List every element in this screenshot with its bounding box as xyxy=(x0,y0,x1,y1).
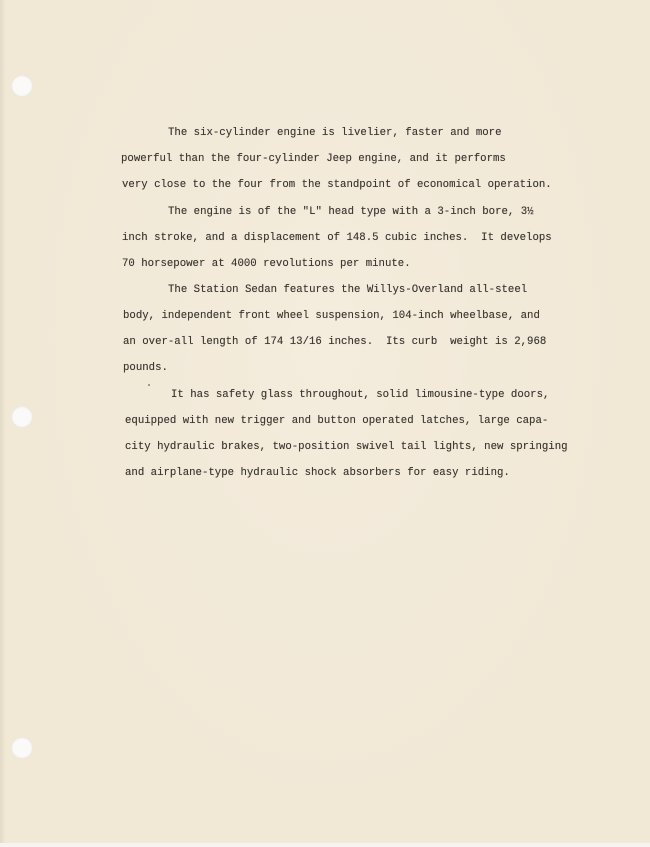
typed-page: The six-cylinder engine is livelier, fas… xyxy=(0,0,650,843)
paragraph-4-line-2: equipped with new trigger and button ope… xyxy=(125,414,548,428)
paragraph-2-line-3: 70 horsepower at 4000 revolutions per mi… xyxy=(122,257,411,271)
paragraph-1-line-3: very close to the four from the standpoi… xyxy=(122,178,552,192)
paragraph-1-line-1: The six-cylinder engine is livelier, fas… xyxy=(168,126,502,140)
punch-hole-middle xyxy=(11,406,33,428)
ink-speck xyxy=(148,384,150,386)
paragraph-1-line-2: powerful than the four-cylinder Jeep eng… xyxy=(121,152,506,166)
paragraph-3-line-1: The Station Sedan features the Willys-Ov… xyxy=(168,283,527,297)
punch-hole-bottom xyxy=(11,737,33,759)
paragraph-3-line-3: an over-all length of 174 13/16 inches. … xyxy=(123,335,546,349)
paragraph-4-line-1: It has safety glass throughout, solid li… xyxy=(171,388,549,402)
paragraph-2-line-2: inch stroke, and a displacement of 148.5… xyxy=(122,231,552,245)
paragraph-4-line-4: and airplane-type hydraulic shock absorb… xyxy=(125,466,510,480)
paragraph-2-line-1: The engine is of the "L" head type with … xyxy=(168,205,534,219)
punch-hole-top xyxy=(11,75,33,97)
paragraph-3-line-2: body, independent front wheel suspension… xyxy=(123,309,540,323)
paragraph-4-line-3: city hydraulic brakes, two-position swiv… xyxy=(125,440,568,454)
paragraph-3-line-4: pounds. xyxy=(123,361,168,375)
